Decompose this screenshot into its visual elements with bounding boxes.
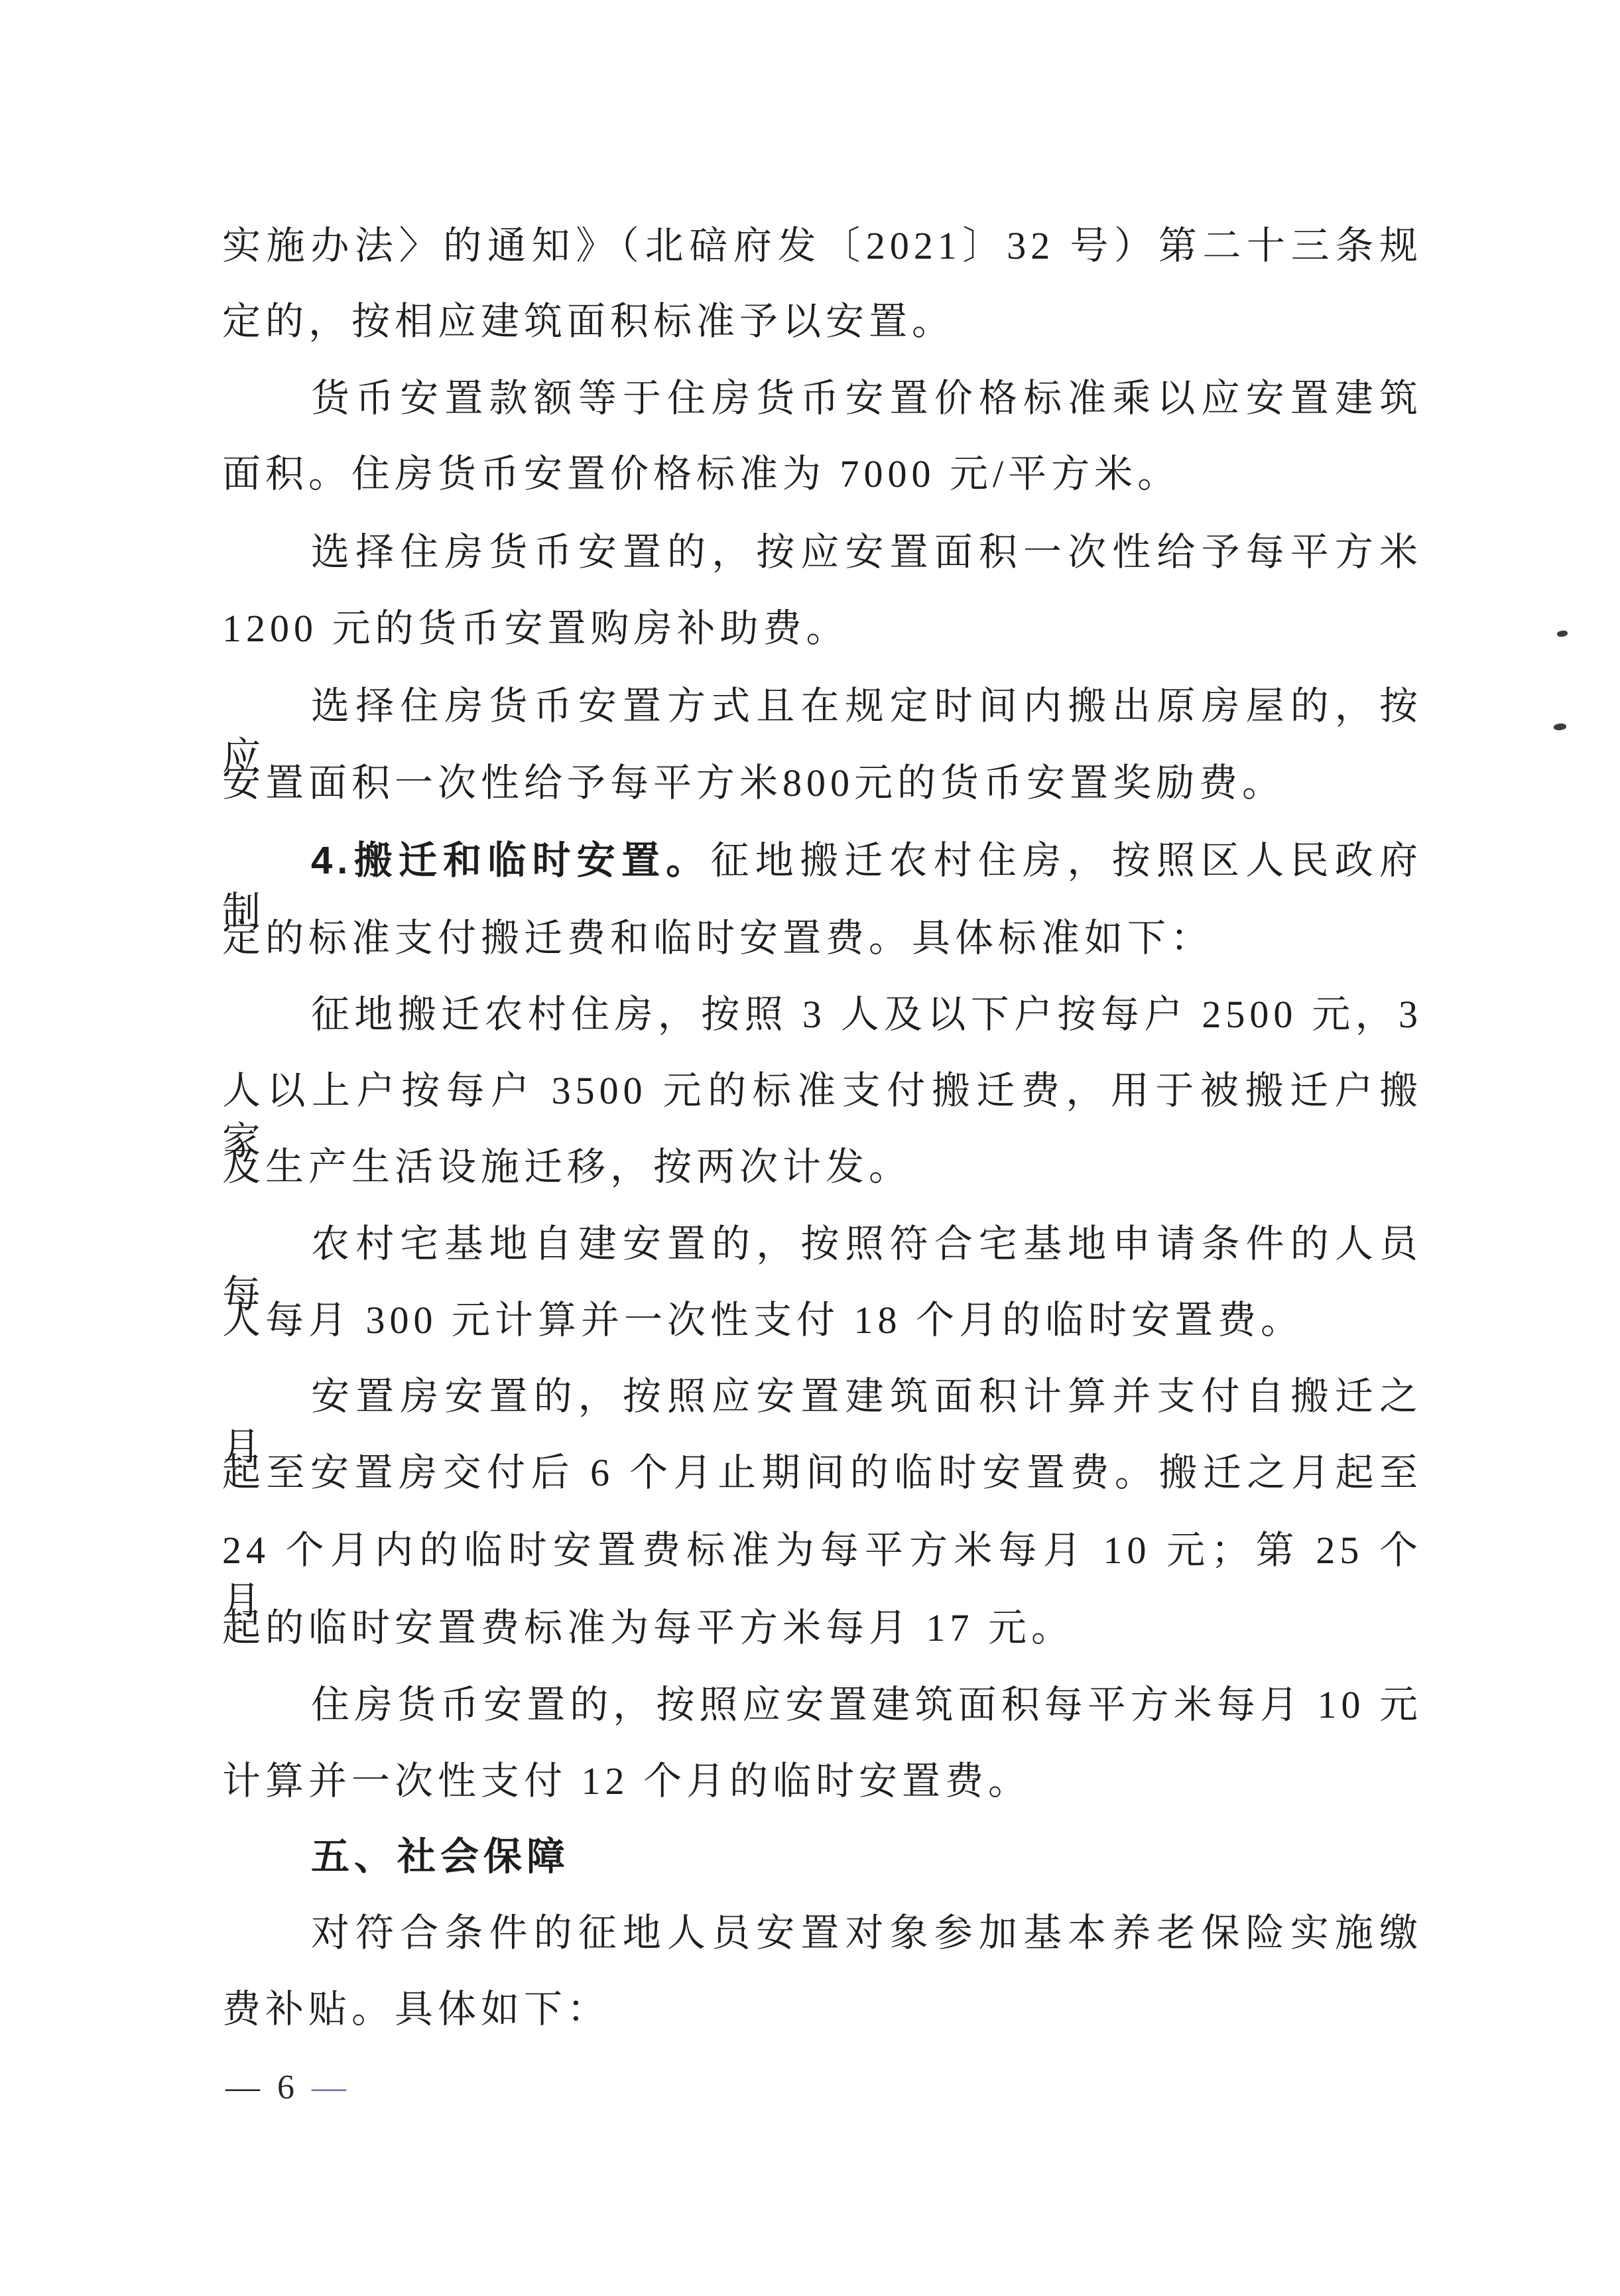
text-line: 人每月 300 元计算并一次性支付 18 个月的临时安置费。 [222, 1295, 1422, 1346]
footer-dash-left: — [225, 2068, 260, 2108]
text-line: 及生产生活设施迁移，按两次计发。 [222, 1142, 1422, 1192]
text-run: 起至安置房交付后 6 个月止期间的临时安置费。搬迁之月起至 [222, 1451, 1422, 1494]
text-run: 费补贴。具体如下： [222, 1988, 610, 2031]
text-run: 定的，按相应建筑面积标准予以安置。 [222, 300, 955, 343]
text-line: 起至安置房交付后 6 个月止期间的临时安置费。搬迁之月起至 [222, 1448, 1422, 1498]
text-line: 计算并一次性支付 12 个月的临时安置费。 [222, 1756, 1422, 1807]
text-run: 计算并一次性支付 12 个月的临时安置费。 [222, 1759, 1031, 1803]
text-line: 安置面积一次性给予每平方米800元的货币安置奖励费。 [222, 758, 1422, 808]
page-number: 6 [277, 2068, 294, 2108]
text-line: 选择住房货币安置的，按应安置面积一次性给予每平方米 [222, 527, 1422, 578]
text-run: 征地搬迁农村住房，按照 3 人及以下户按每户 2500 元，3 [311, 993, 1422, 1036]
text-line-section5-heading: 五、社会保障 [222, 1832, 1422, 1882]
text-run: 及生产生活设施迁移，按两次计发。 [222, 1145, 912, 1188]
text-run: 起的临时安置费标准为每平方米每月 17 元。 [222, 1606, 1074, 1649]
scan-artifact-dot [1554, 723, 1567, 731]
text-line: 实施办法〉的通知》（北碚府发〔2021〕32 号）第二十三条规 [222, 221, 1422, 271]
bold-run: 4.搬迁和临时安置。 [311, 839, 710, 882]
page-footer: — 6 — [225, 2068, 346, 2108]
text-run: 人每月 300 元计算并一次性支付 18 个月的临时安置费。 [222, 1299, 1304, 1342]
text-line: 征地搬迁农村住房，按照 3 人及以下户按每户 2500 元，3 [222, 989, 1422, 1040]
text-run: 实施办法〉的通知》（北碚府发〔2021〕32 号）第二十三条规 [222, 224, 1422, 267]
text-line: 定的标准支付搬迁费和临时安置费。具体标准如下： [222, 913, 1422, 964]
text-line: 定的，按相应建筑面积标准予以安置。 [222, 296, 1422, 347]
text-run: 安置面积一次性给予每平方米800元的货币安置奖励费。 [222, 761, 1285, 804]
text-line: 对符合条件的征地人员安置对象参加基本养老保险实施缴 [222, 1908, 1422, 1958]
text-line: 起的临时安置费标准为每平方米每月 17 元。 [222, 1603, 1422, 1653]
text-run: 面积。住房货币安置价格标准为 7000 元/平方米。 [222, 452, 1180, 495]
text-line: 货币安置款额等于住房货币安置价格标准乘以应安置建筑 [222, 373, 1422, 424]
text-run: 定的标准支付搬迁费和临时安置费。具体标准如下： [222, 917, 1214, 960]
text-run: 选择住房货币安置的，按应安置面积一次性给予每平方米 [311, 531, 1422, 574]
text-run: 对符合条件的征地人员安置对象参加基本养老保险实施缴 [311, 1911, 1422, 1954]
footer-dash-right: — [312, 2068, 346, 2108]
text-line: 面积。住房货币安置价格标准为 7000 元/平方米。 [222, 449, 1422, 499]
bold-run: 五、社会保障 [311, 1835, 570, 1878]
scan-artifact-dot [1556, 630, 1568, 637]
text-run: 货币安置款额等于住房货币安置价格标准乘以应安置建筑 [311, 377, 1422, 420]
text-run: 住房货币安置的，按照应安置建筑面积每平方米每月 10 元 [311, 1683, 1422, 1726]
text-line: 住房货币安置的，按照应安置建筑面积每平方米每月 10 元 [222, 1680, 1422, 1730]
text-line: 1200 元的货币安置购房补助费。 [222, 604, 1422, 654]
document-page: 实施办法〉的通知》（北碚府发〔2021〕32 号）第二十三条规 定的，按相应建筑… [0, 0, 1620, 2296]
text-line: 费补贴。具体如下： [222, 1984, 1422, 2035]
text-run: 1200 元的货币安置购房补助费。 [222, 607, 849, 650]
